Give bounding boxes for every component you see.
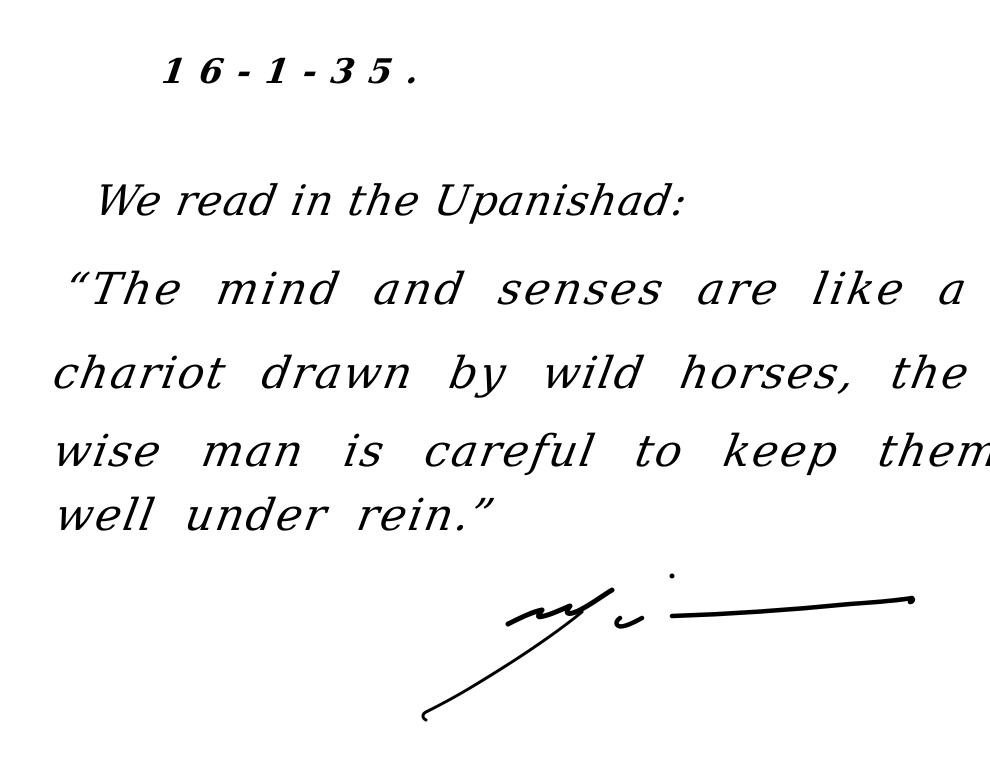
note-intro: We read in the Upanishad:	[92, 180, 691, 222]
note-date: 16-1-35.	[159, 52, 435, 92]
quote-line-1: “The mind and senses are like a	[62, 268, 972, 312]
handwritten-note-page: 16-1-35. We read in the Upanishad: “The …	[0, 0, 990, 761]
quote-line-2: chariot drawn by wild horses, the	[50, 352, 974, 396]
quote-line-3: wise man is careful to keep them	[50, 430, 990, 474]
quote-line-4: well under rein.”	[52, 494, 499, 538]
signature-scribble	[410, 560, 950, 730]
